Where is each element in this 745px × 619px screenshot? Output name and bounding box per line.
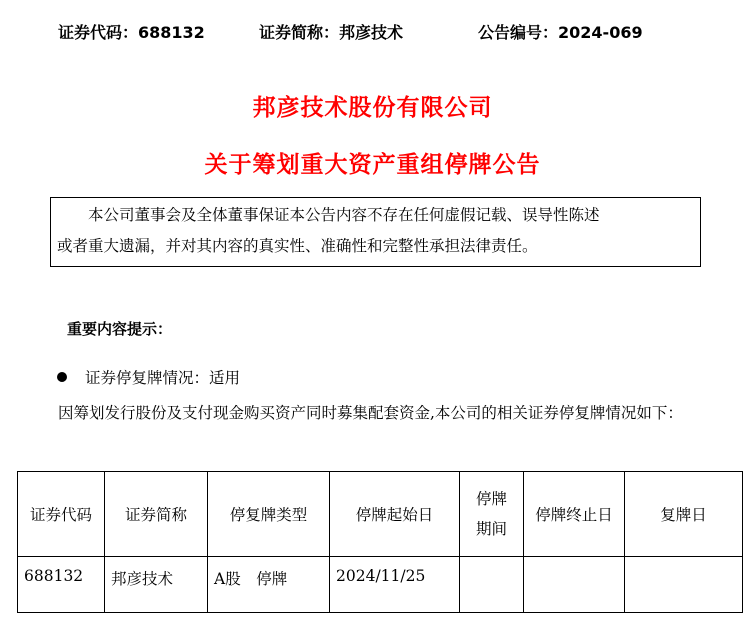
cell-suspension-period xyxy=(460,557,524,613)
stock-name: 证券简称：邦彦技术 xyxy=(259,22,403,44)
header-suspension-period: 停牌期间 xyxy=(460,472,524,557)
cell-stock-name: 邦彦技术 xyxy=(105,557,208,613)
bullet-item: 证券停复牌情况：适用 xyxy=(57,367,240,389)
table-row: 688132 邦彦技术 A股 停牌 2024/11/25 xyxy=(18,557,743,613)
announcement-number-label: 公告编号： xyxy=(478,23,558,42)
bullet-text: 证券停复牌情况：适用 xyxy=(85,369,240,387)
header-stock-name: 证券简称 xyxy=(105,472,208,557)
header-period-line-1: 停牌 xyxy=(466,484,517,514)
table-header-row: 证券代码 证券简称 停复牌类型 停牌起始日 停牌期间 停牌终止日 复牌日 xyxy=(18,472,743,557)
section-title: 重要内容提示： xyxy=(67,318,172,339)
announcement-number-value: 2024-069 xyxy=(558,23,643,42)
company-title: 邦彦技术股份有限公司 xyxy=(0,89,745,122)
cell-end-date xyxy=(524,557,625,613)
announcement-number: 公告编号：2024-069 xyxy=(478,22,643,44)
stock-code: 证券代码：688132 xyxy=(58,22,205,44)
cell-suspension-type: A股 停牌 xyxy=(208,557,330,613)
stock-name-value: 邦彦技术 xyxy=(339,23,403,42)
cell-resume-date xyxy=(625,557,743,613)
announcement-title: 关于筹划重大资产重组停牌公告 xyxy=(0,146,745,179)
stock-name-label: 证券简称： xyxy=(259,23,339,42)
document-header: 证券代码：688132 证券简称：邦彦技术 公告编号：2024-069 xyxy=(58,22,745,44)
stock-code-value: 688132 xyxy=(138,23,205,42)
header-end-date: 停牌终止日 xyxy=(524,472,625,557)
header-period-line-2: 期间 xyxy=(466,514,517,544)
disclaimer-line-1: 本公司董事会及全体董事保证本公告内容不存在任何虚假记载、误导性陈述 xyxy=(57,200,694,231)
bullet-dot-icon xyxy=(57,372,67,382)
disclaimer-box: 本公司董事会及全体董事保证本公告内容不存在任何虚假记载、误导性陈述 或者重大遗漏… xyxy=(50,197,701,267)
header-start-date: 停牌起始日 xyxy=(330,472,460,557)
stock-code-label: 证券代码： xyxy=(58,23,138,42)
header-resume-date: 复牌日 xyxy=(625,472,743,557)
header-suspension-type: 停复牌类型 xyxy=(208,472,330,557)
disclaimer-line-2: 或者重大遗漏，并对其内容的真实性、准确性和完整性承担法律责任。 xyxy=(57,231,694,262)
body-paragraph: 因筹划发行股份及支付现金购买资产同时募集配套资金,本公司的相关证券停复牌情况如下… xyxy=(58,397,718,430)
cell-start-date: 2024/11/25 xyxy=(330,557,460,613)
header-stock-code: 证券代码 xyxy=(18,472,105,557)
suspension-table: 证券代码 证券简称 停复牌类型 停牌起始日 停牌期间 停牌终止日 复牌日 688… xyxy=(17,471,743,613)
cell-stock-code: 688132 xyxy=(18,557,105,613)
